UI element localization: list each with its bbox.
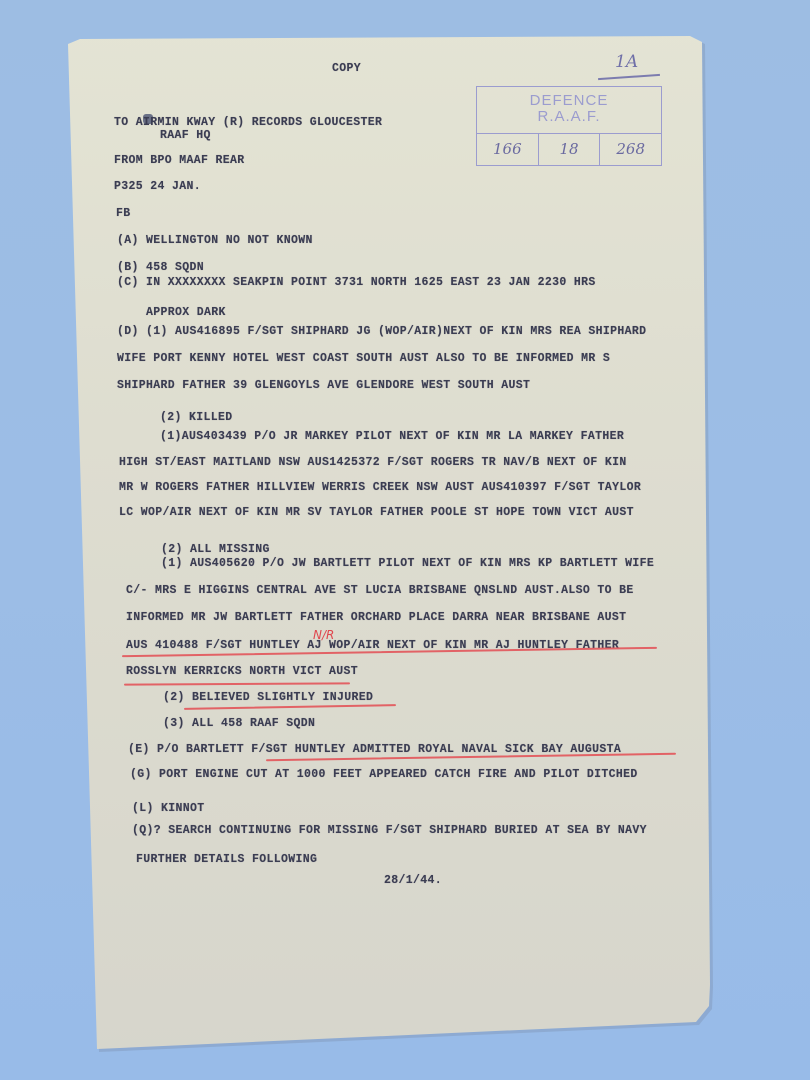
to-line-2: RAAF HQ [160, 129, 211, 142]
missing-line3: INFORMED MR JW BARTLETT FATHER ORCHARD P… [126, 611, 626, 624]
all-458-line: (3) ALL 458 RAAF SQDN [163, 717, 315, 730]
missing-line5: ROSSLYN KERRICKS NORTH VICT AUST [126, 665, 358, 678]
stamp-cell: 268 [600, 134, 661, 165]
item-d-line2: WIFE PORT KENNY HOTEL WEST COAST SOUTH A… [117, 352, 610, 365]
stamp-title-line1: DEFENCE [477, 93, 661, 108]
item-b: (B) 458 SQDN [117, 261, 204, 274]
item-c-line1: (C) IN XXXXXXXX SEAKPIN POINT 3731 NORTH… [117, 276, 596, 289]
item-c-line2: APPROX DARK [146, 306, 226, 319]
item-q-line1: (Q)? SEARCH CONTINUING FOR MISSING F/SGT… [132, 824, 647, 837]
reference-line: P325 24 JAN. [114, 180, 201, 193]
missing-line2: C/- MRS E HIGGINS CENTRAL AVE ST LUCIA B… [126, 584, 634, 597]
to-line: TO AIRMIN KWAY (R) RECORDS GLOUCESTER [114, 116, 382, 129]
item-d-line1: (D) (1) AUS416895 F/SGT SHIPHARD JG (WOP… [117, 325, 646, 338]
fb-line: FB [116, 207, 131, 220]
missing-heading: (2) ALL MISSING [161, 543, 270, 556]
defence-raaf-stamp: DEFENCE R.A.A.F. 166 18 268 [476, 86, 662, 166]
killed-line4: LC WOP/AIR NEXT OF KIN MR SV TAYLOR FATH… [119, 506, 634, 519]
killed-line1: (1)AUS403439 P/O JR MARKEY PILOT NEXT OF… [160, 430, 624, 443]
killed-line2: HIGH ST/EAST MAITLAND NSW AUS1425372 F/S… [119, 456, 627, 469]
item-g: (G) PORT ENGINE CUT AT 1000 FEET APPEARE… [130, 768, 638, 781]
item-q-line2: FURTHER DETAILS FOLLOWING [136, 853, 317, 866]
date-line: 28/1/44. [384, 874, 442, 887]
item-a: (A) WELLINGTON NO NOT KNOWN [117, 234, 313, 247]
injured-line: (2) BELIEVED SLIGHTLY INJURED [163, 691, 373, 704]
from-line: FROM BPO MAAF REAR [114, 154, 245, 167]
missing-line1: (1) AUS405620 P/O JW BARTLETT PILOT NEXT… [161, 557, 654, 570]
killed-heading: (2) KILLED [160, 411, 233, 424]
stamp-cells: 166 18 268 [477, 133, 661, 165]
stamp-cell: 18 [539, 134, 601, 165]
item-l: (L) KINNOT [132, 802, 205, 815]
killed-line3: MR W ROGERS FATHER HILLVIEW WERRIS CREEK… [119, 481, 641, 494]
stamp-cell: 166 [477, 134, 539, 165]
stamp-title-line2: R.A.A.F. [477, 109, 661, 124]
copy-header: COPY [332, 62, 361, 75]
folio-number: 1A [615, 52, 638, 72]
item-d-line3: SHIPHARD FATHER 39 GLENGOYLS AVE GLENDOR… [117, 379, 530, 392]
